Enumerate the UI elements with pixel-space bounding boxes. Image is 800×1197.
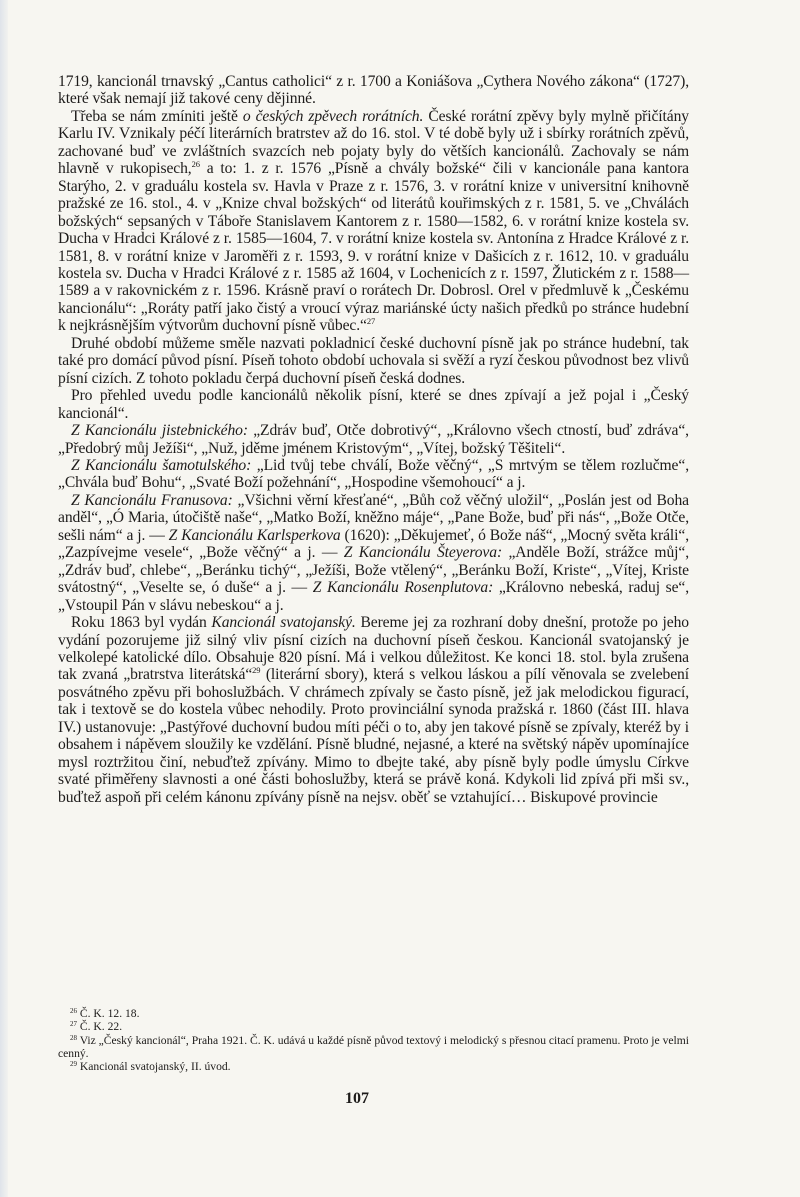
text-run: Druhé období můžeme směle nazvati poklad… — [58, 335, 689, 387]
footnote-ref: 27 — [367, 316, 375, 326]
text-run: Třeba se nám zmíniti ještě — [71, 108, 243, 125]
text-run: Roku 1863 byl vydán — [71, 614, 211, 631]
paragraph: Roku 1863 byl vydán Kancionál svatojansk… — [58, 614, 689, 806]
italic-text: o českých zpěvech rorátních. — [243, 108, 423, 125]
italic-text: Z Kancionálu šamotulského: — [71, 457, 251, 474]
footnote-ref: 26 — [192, 159, 200, 169]
footnotes: 26 Č. K. 12. 18.27 Č. K. 22.28 Viz „Česk… — [58, 1007, 689, 1073]
footnote: 27 Č. K. 22. — [58, 1020, 689, 1033]
footnote-number: 29 — [70, 1060, 77, 1068]
italic-text: Z Kancionálu jistebnického: — [71, 422, 248, 439]
footnote-text: Č. K. 22. — [77, 1020, 122, 1033]
footnote: 28 Viz „Český kancionál“, Praha 1921. Č.… — [58, 1034, 689, 1061]
text-run: (literární sbory), která s velkou láskou… — [58, 666, 689, 805]
text-run: 1719, kancionál trnavský „Cantus catholi… — [58, 73, 689, 107]
paragraph: Druhé období můžeme směle nazvati poklad… — [58, 335, 689, 387]
paragraph: 1719, kancionál trnavský „Cantus catholi… — [58, 73, 689, 108]
italic-text: Kancionál svatojanský. — [211, 614, 355, 631]
footnote-text: Č. K. 12. 18. — [77, 1007, 139, 1020]
paragraph: Z Kancionálu šamotulského: „Lid tvůj teb… — [58, 457, 689, 492]
footnote: 26 Č. K. 12. 18. — [58, 1007, 689, 1020]
footnote-text: Viz „Český kancionál“, Praha 1921. Č. K.… — [58, 1034, 689, 1060]
footnote-text: Kancionál svatojanský, II. úvod. — [77, 1060, 231, 1073]
scan-page-edge — [0, 0, 8, 1197]
footnote-number: 28 — [70, 1034, 77, 1042]
paragraph: Pro přehled uvedu podle kancionálů někol… — [58, 387, 689, 422]
page-number: 107 — [0, 1090, 714, 1108]
text-run: a to: 1. z r. 1576 „Písně a chvály božsk… — [58, 160, 689, 334]
italic-text: Z Kancionálu Šteyerova: — [344, 544, 502, 561]
italic-text: Z Kancionálu Franusova: — [71, 492, 233, 509]
paragraph: Z Kancionálu Franusova: „Všichni věrní k… — [58, 492, 689, 614]
text-run: Pro přehled uvedu podle kancionálů někol… — [58, 387, 689, 421]
page-body: 1719, kancionál trnavský „Cantus catholi… — [58, 73, 689, 806]
footnote: 29 Kancionál svatojanský, II. úvod. — [58, 1060, 689, 1073]
italic-text: Z Kancionálu Rosenplutova: — [313, 579, 493, 596]
paragraph: Třeba se nám zmíniti ještě o českých zpě… — [58, 108, 689, 335]
footnote-number: 26 — [70, 1007, 77, 1015]
footnote-number: 27 — [70, 1020, 77, 1028]
body-text: 1719, kancionál trnavský „Cantus catholi… — [58, 73, 689, 806]
italic-text: Z Kancionálu Karlsperkova — [169, 527, 341, 544]
paragraph: Z Kancionálu jistebnického: „Zdráv buď, … — [58, 422, 689, 457]
